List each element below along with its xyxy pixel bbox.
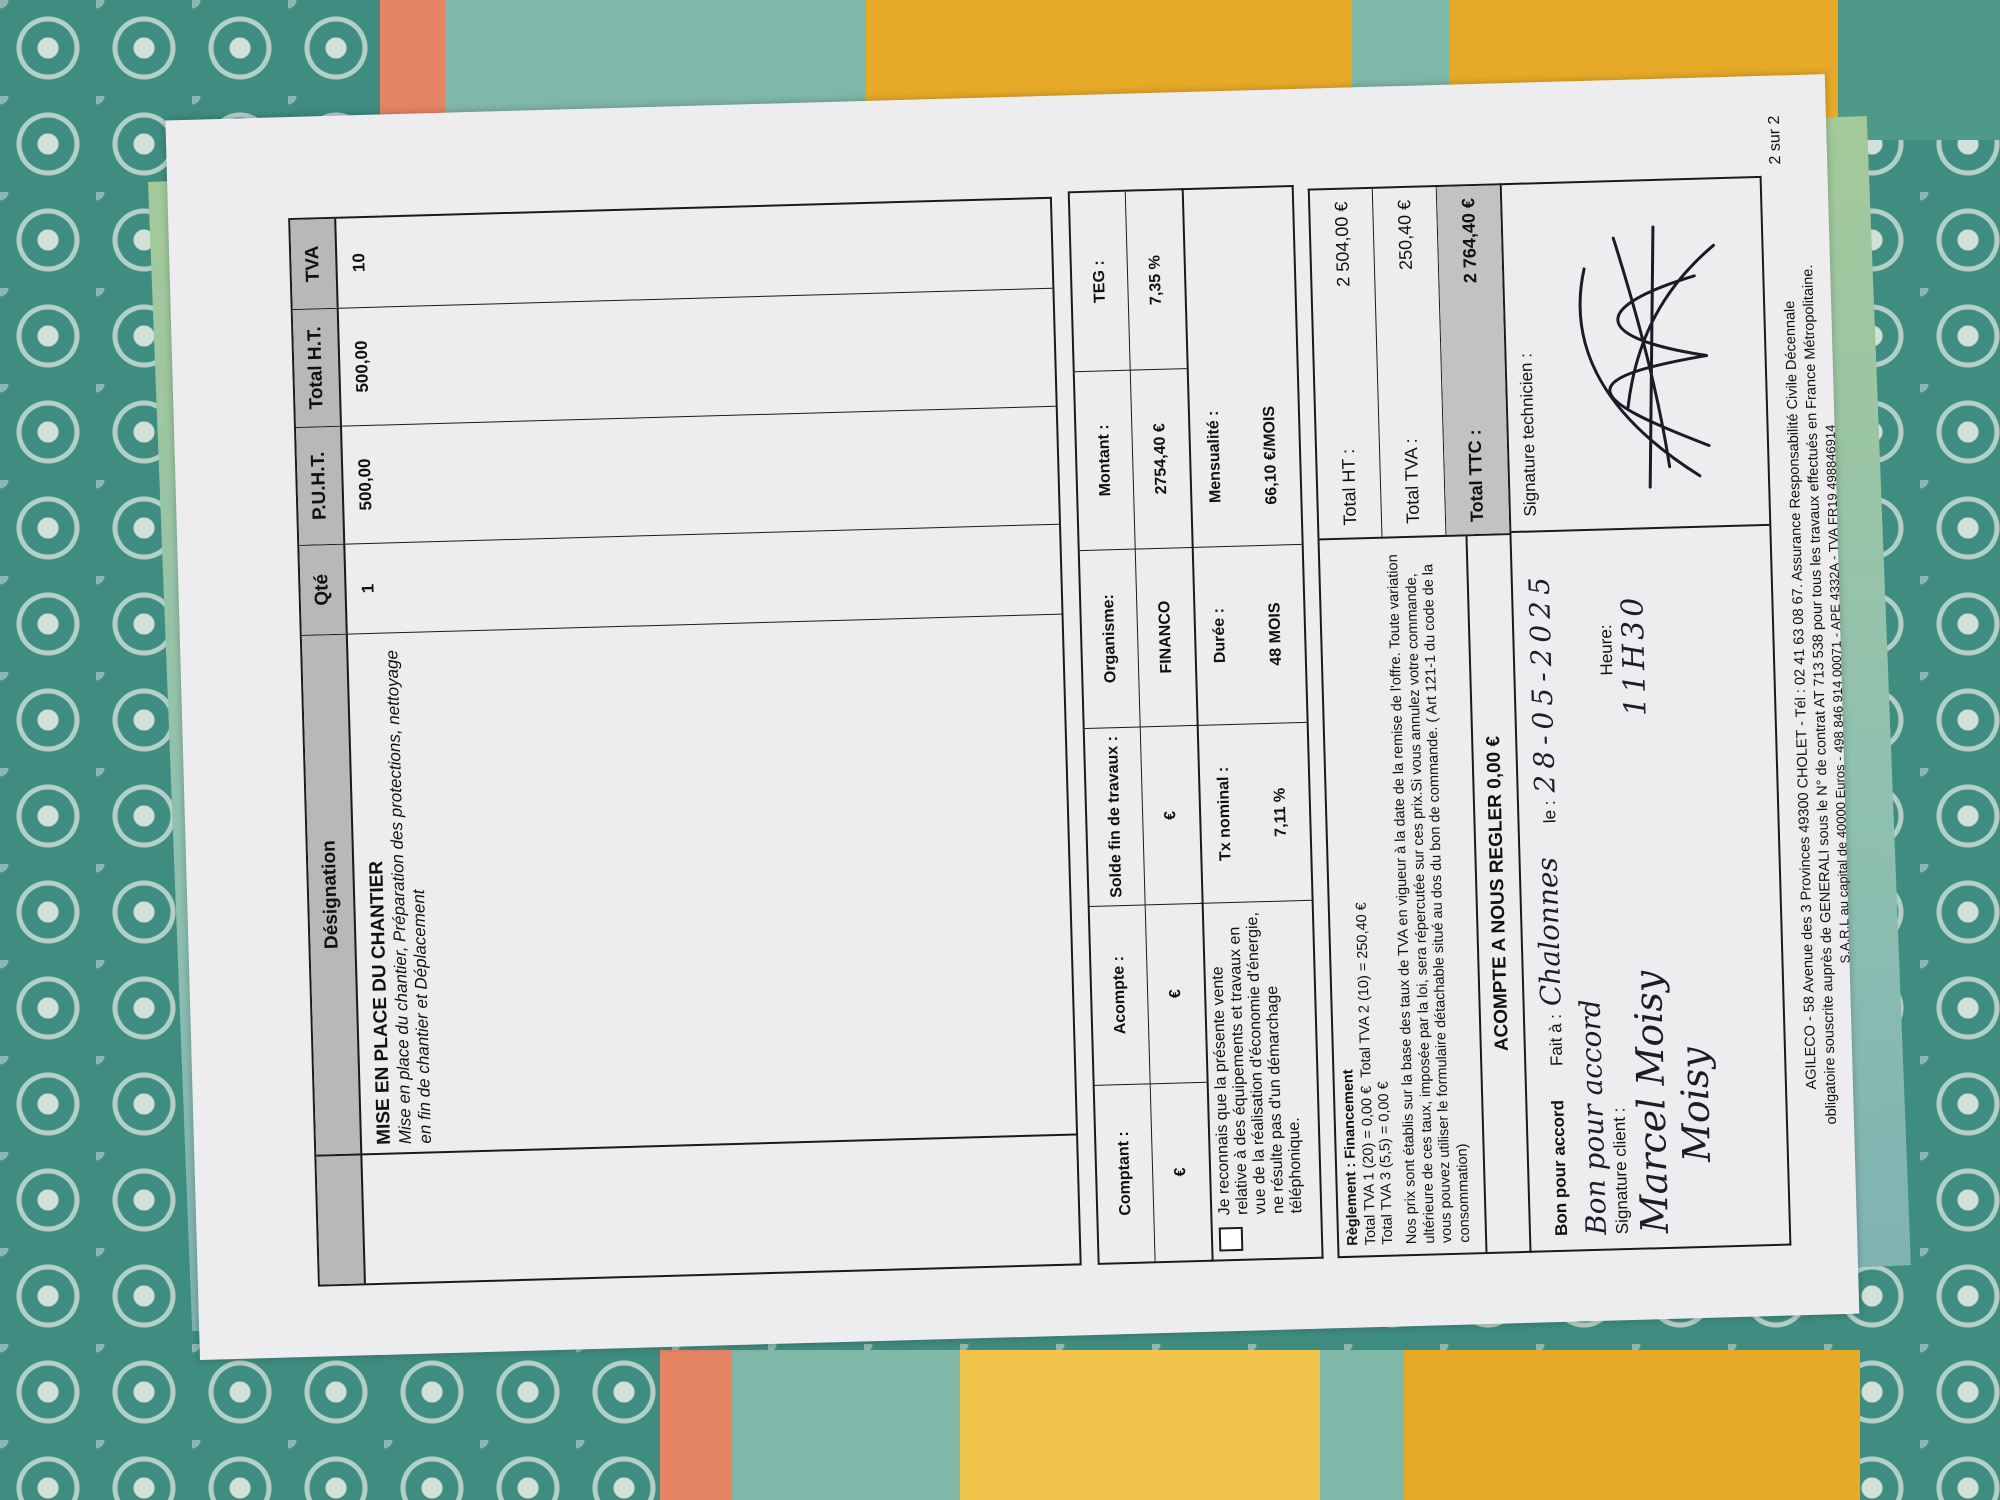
header-total-ht: Total H.T. [293, 308, 342, 427]
heure-label: Heure: [1596, 624, 1617, 676]
payment-header-teg: TEG : [1070, 192, 1131, 372]
payment-value-organisme: FINANCO [1136, 547, 1197, 727]
heure-value: 11H30 [1615, 593, 1662, 717]
fait-a-label: Fait à : [1546, 1014, 1567, 1067]
totals-block: Total HT : 2 504,00 € Total TVA : 250,40… [1308, 183, 1512, 538]
financing-rate-value: 7,11 % [1251, 723, 1312, 902]
header-unit-price: P.U.H.T. [296, 426, 345, 545]
signature-block: Bon pour accord Fait à : Chalonnes le : … [1502, 176, 1792, 1253]
total-ht-label: Total HT : [1338, 449, 1361, 526]
financing-duration-label: Durée : [1190, 546, 1251, 725]
fait-a-value: Chalonnes [1530, 857, 1567, 1007]
item-total-ht: 500,00 [339, 288, 1056, 426]
price-notice: Nos prix sont établis sur la base des ta… [1385, 547, 1475, 1245]
certification-text: Je reconnais que la présente vente relat… [1208, 909, 1312, 1215]
item-ref [362, 1133, 1079, 1283]
technician-signature-label: Signature technicien : [1512, 198, 1541, 516]
financing-monthly-label: Mensualité : [1185, 367, 1246, 547]
payment-header-comptant: Comptant : [1095, 1083, 1156, 1263]
financing-duration-value: 48 MOIS [1246, 545, 1307, 724]
payment-value-acompte: € [1146, 903, 1207, 1083]
payment-header-montant: Montant : [1075, 370, 1136, 550]
payment-header-solde: Solde fin de travaux : [1085, 727, 1146, 907]
total-ttc-label: Total TTC : [1464, 429, 1488, 522]
terms-block: Règlement : Financement Total TVA 1 (20)… [1317, 534, 1487, 1258]
certification-checkbox[interactable] [1219, 1227, 1244, 1252]
financing-monthly-value: 66,10 €/MOIS [1241, 365, 1302, 545]
total-tva-value: 250,40 € [1394, 200, 1417, 271]
technician-signature-area: Signature technicien : [1502, 178, 1770, 531]
total-tva-label: Total TVA : [1401, 438, 1424, 524]
items-table: Désignation Qté P.U.H.T. Total H.T. TVA … [288, 197, 1082, 1287]
payment-value-teg: 7,35 % [1126, 190, 1187, 370]
payment-value-solde: € [1141, 725, 1202, 905]
total-ttc-value: 2 764,40 € [1458, 198, 1481, 284]
client-signature-area: Bon pour accord Fait à : Chalonnes le : … [1511, 524, 1789, 1251]
certification: Je reconnais que la présente vente relat… [1200, 900, 1322, 1260]
date-label: le : [1540, 800, 1561, 823]
total-ht-row: Total HT : 2 504,00 € [1310, 189, 1383, 539]
payment-header-organisme: Organisme: [1080, 548, 1141, 728]
header-ref [316, 1153, 366, 1284]
financing-duration: Durée : 48 MOIS [1190, 544, 1307, 725]
financing-monthly: Mensualité : 66,10 €/MOIS [1185, 365, 1302, 546]
total-ttc-row: Total TTC : 2 764,40 € [1436, 185, 1509, 535]
client-signature-line1: Marcel Moisy [1626, 970, 1677, 1234]
tablecloth-pattern-bottom [660, 1350, 1860, 1500]
document-page: Désignation Qté P.U.H.T. Total H.T. TVA … [165, 74, 1859, 1360]
payment-header-acompte: Acompte : [1090, 905, 1151, 1085]
header-qty: Qté [299, 544, 347, 635]
total-ht-value: 2 504,00 € [1331, 201, 1354, 287]
document-page-wrapper: Désignation Qté P.U.H.T. Total H.T. TVA … [165, 74, 1859, 1360]
bon-pour-accord-label: Bon pour accord [1548, 1100, 1572, 1237]
total-tva-row: Total TVA : 250,40 € [1373, 187, 1446, 537]
technician-signature-scribble [1542, 204, 1750, 509]
page-indicator: 2 sur 2 [1766, 115, 1785, 164]
header-tva: TVA [290, 219, 338, 309]
financing-rate-label: Tx nominal : [1195, 724, 1256, 903]
date-value: 28-05-2025 [1523, 571, 1562, 793]
payment-value-montant: 2754,40 € [1131, 368, 1192, 548]
item-designation: MISE EN PLACE DU CHANTIER Mise en place … [348, 614, 1076, 1154]
payment-value-comptant: € [1151, 1081, 1212, 1261]
item-unit-price: 500,00 [342, 406, 1059, 544]
financing-rate: Tx nominal : 7,11 % [1195, 722, 1312, 903]
